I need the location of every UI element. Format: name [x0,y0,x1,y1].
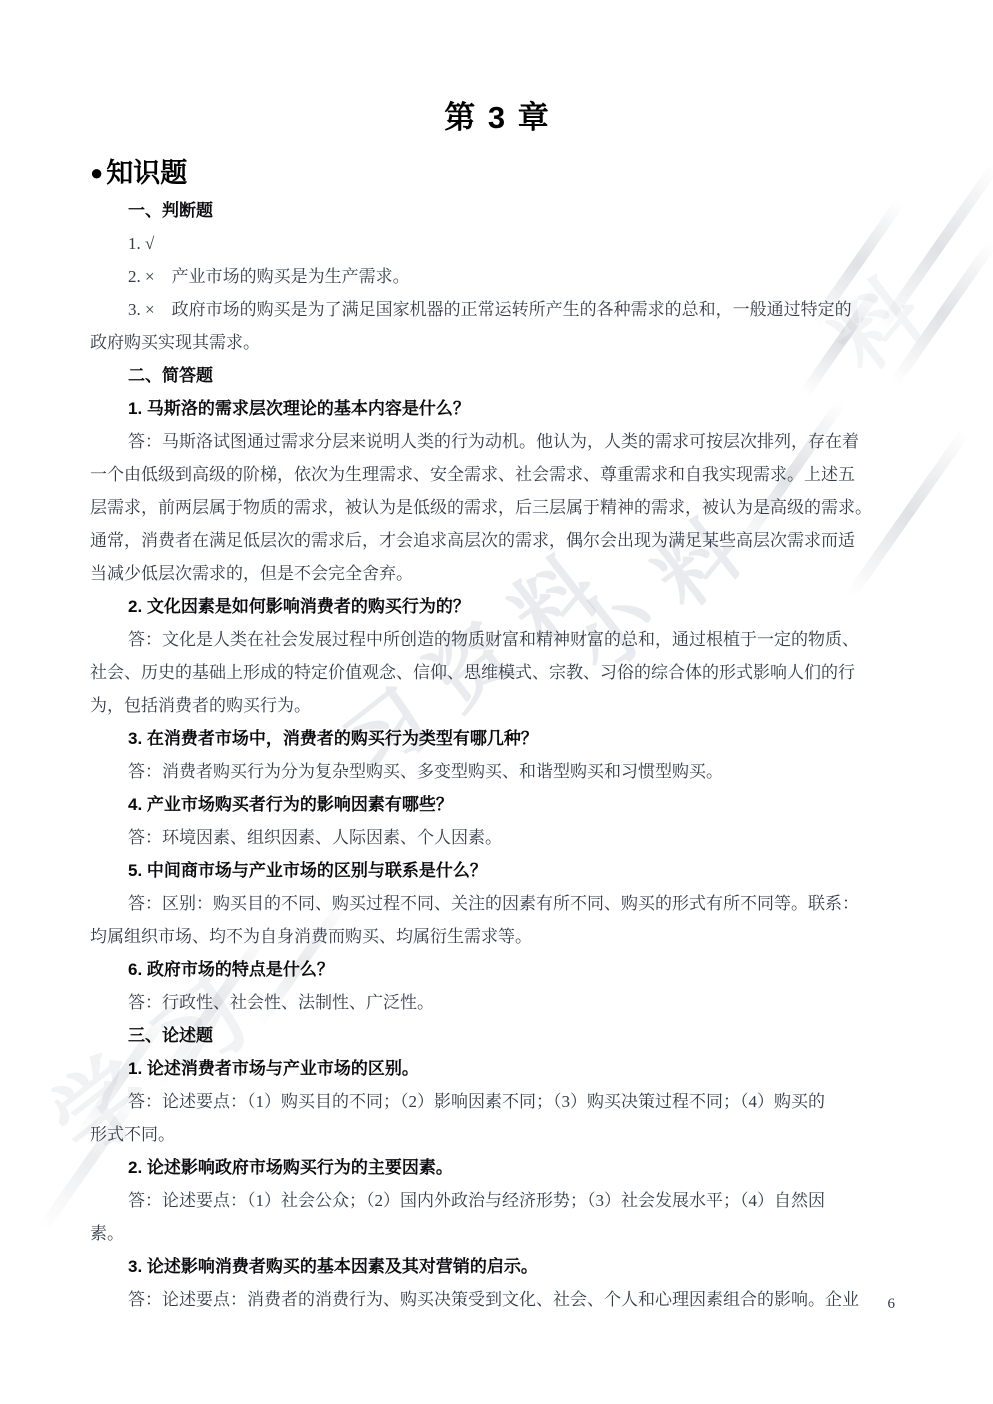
question-heading: 1. 马斯洛的需求层次理论的基本内容是什么？ [90,392,905,425]
body-line: 社会、历史的基础上形成的特定价值观念、信仰、思维模式、宗教、习俗的综合体的形式影… [90,656,905,689]
document-content: 第 3 章 ●知识题 一、判断题1. √2. × 产业市场的购买是为生产需求。3… [90,96,905,1316]
body-line: 均属组织市场、均不为自身消费而购买、均属衍生需求等。 [90,920,905,953]
document-body: 一、判断题1. √2. × 产业市场的购买是为生产需求。3. × 政府市场的购买… [90,194,905,1316]
body-line: 3. × 政府市场的购买是为了满足国家机器的正常运转所产生的各种需求的总和，一般… [90,293,905,326]
body-line: 政府购买实现其需求。 [90,326,905,359]
question-heading: 2. 论述影响政府市场购买行为的主要因素。 [90,1151,905,1184]
body-line: 素。 [90,1217,905,1250]
question-heading: 6. 政府市场的特点是什么？ [90,953,905,986]
bullet-icon: ● [90,155,103,191]
body-line: 答：文化是人类在社会发展过程中所创造的物质财富和精神财富的总和，通过根植于一定的… [90,623,905,656]
question-heading: 2. 文化因素是如何影响消费者的购买行为的？ [90,590,905,623]
question-heading: 5. 中间商市场与产业市场的区别与联系是什么？ [90,854,905,887]
body-line: 通常，消费者在满足低层次的需求后，才会追求高层次的需求，偶尔会出现为满足某些高层… [90,524,905,557]
body-line: 答：消费者购买行为分为复杂型购买、多变型购买、和谐型购买和习惯型购买。 [90,755,905,788]
chapter-title: 第 3 章 [90,96,905,140]
body-line: 答：论述要点：（1）购买目的不同；（2）影响因素不同；（3）购买决策过程不同；（… [90,1085,905,1118]
knowledge-section-heading: ●知识题 [90,155,905,191]
body-line: 1. √ [90,227,905,260]
body-line: 答：论述要点：（1）社会公众；（2）国内外政治与经济形势；（3）社会发展水平；（… [90,1184,905,1217]
body-line: 形式不同。 [90,1118,905,1151]
question-heading: 4. 产业市场购买者行为的影响因素有哪些？ [90,788,905,821]
body-line: 层需求，前两层属于物质的需求，被认为是低级的需求，后三层属于精神的需求，被认为是… [90,491,905,524]
document-page: 习资料 小料 学习 料 第 3 章 ●知识题 一、判断题1. √2. × 产业市… [0,0,993,1404]
body-line: 答：论述要点：消费者的消费行为、购买决策受到文化、社会、个人和心理因素组合的影响… [90,1283,905,1316]
section-subheading: 一、判断题 [90,194,905,227]
body-line: 答：区别：购买目的不同、购买过程不同、关注的因素有所不同、购买的形式有所不同等。… [90,887,905,920]
section-subheading: 二、简答题 [90,359,905,392]
body-line: 答：环境因素、组织因素、人际因素、个人因素。 [90,821,905,854]
watermark-streak [890,241,993,387]
question-heading: 3. 论述影响消费者购买的基本因素及其对营销的启示。 [90,1250,905,1283]
body-line: 答：行政性、社会性、法制性、广泛性。 [90,986,905,1019]
section-subheading: 三、论述题 [90,1019,905,1052]
question-heading: 1. 论述消费者市场与产业市场的区别。 [90,1052,905,1085]
section-heading-label: 知识题 [106,155,187,191]
page-number: 6 [888,1294,896,1314]
body-line: 当减少低层次需求的，但是不会完全舍弃。 [90,557,905,590]
question-heading: 3. 在消费者市场中，消费者的购买行为类型有哪几种？ [90,722,905,755]
body-line: 2. × 产业市场的购买是为生产需求。 [90,260,905,293]
body-line: 为，包括消费者的购买行为。 [90,689,905,722]
body-line: 答：马斯洛试图通过需求分层来说明人类的行为动机。他认为，人类的需求可按层次排列，… [90,425,905,458]
body-line: 一个由低级到高级的阶梯，依次为生理需求、安全需求、社会需求、尊重需求和自我实现需… [90,458,905,491]
